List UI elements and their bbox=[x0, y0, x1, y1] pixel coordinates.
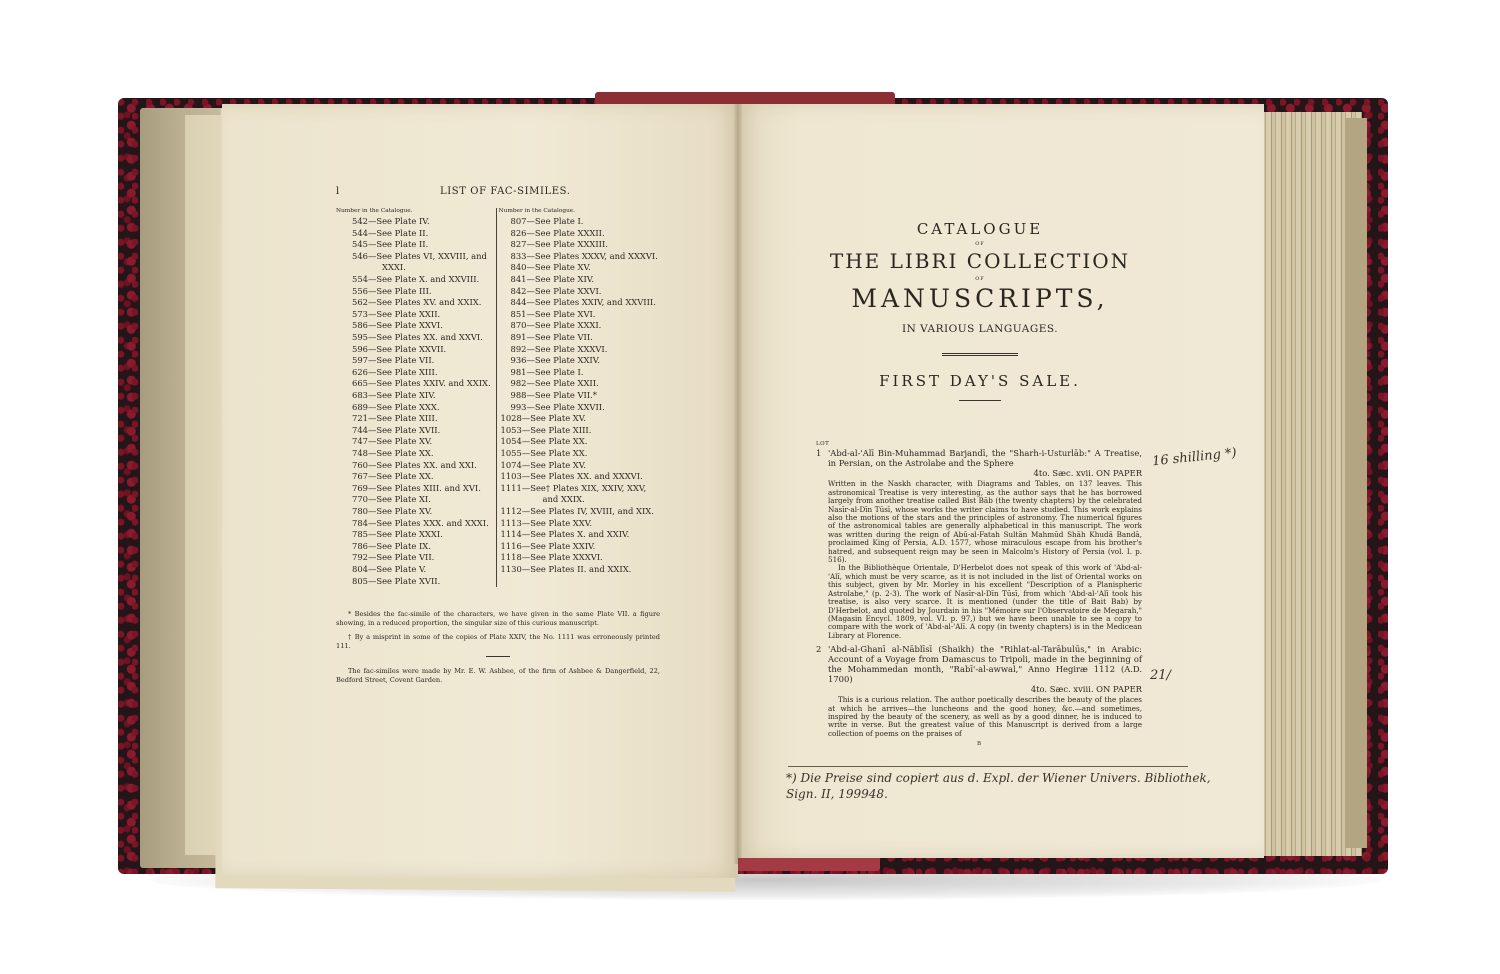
list-item: 807—See Plate I. bbox=[499, 216, 666, 228]
catalogue-title-block: CATALOGUE OF THE LIBRI COLLECTION OF MAN… bbox=[800, 220, 1160, 401]
list-item: 689—See Plate XXX. bbox=[336, 402, 496, 414]
short-rule bbox=[959, 400, 1001, 401]
list-item: 767—See Plate XX. bbox=[336, 471, 496, 483]
list-item: 556—See Plate III. bbox=[336, 286, 496, 298]
lot-description: This is a curious relation. The author p… bbox=[816, 696, 1142, 738]
lot-label: LOT bbox=[816, 440, 1142, 448]
list-item: 1111—See† Plates XIX, XXIV, XXV, bbox=[499, 483, 666, 495]
handwritten-footnote-rule bbox=[788, 766, 1188, 767]
list-item: 1028—See Plate XV. bbox=[499, 413, 666, 425]
lot-description: Written in the Naskh character, with Dia… bbox=[816, 480, 1142, 640]
list-item: 1055—See Plate XX. bbox=[499, 448, 666, 460]
list-item: 744—See Plate XVII. bbox=[336, 425, 496, 437]
list-item: 595—See Plates XX. and XXVI. bbox=[336, 332, 496, 344]
lot-format: 4to. Sæc. xvii. ON PAPER bbox=[816, 468, 1142, 478]
lot-format: 4to. Sæc. xviii. ON PAPER bbox=[816, 684, 1142, 694]
column-header: Number in the Catalogue. bbox=[336, 208, 496, 215]
list-item: 1054—See Plate XX. bbox=[499, 436, 666, 448]
list-item: and XXIX. bbox=[499, 494, 666, 506]
list-item: 870—See Plate XXXI. bbox=[499, 320, 666, 332]
list-item: 1130—See Plates II. and XXIX. bbox=[499, 564, 666, 576]
list-item: 665—See Plates XXIV. and XXIX. bbox=[336, 378, 496, 390]
footnote-dagger: † By a misprint in some of the copies of… bbox=[336, 633, 660, 650]
list-item: 545—See Plate II. bbox=[336, 239, 496, 251]
list-item: 851—See Plate XVI. bbox=[499, 309, 666, 321]
description-paragraph: This is a curious relation. The author p… bbox=[828, 696, 1142, 738]
list-item: 747—See Plate XV. bbox=[336, 436, 496, 448]
handwritten-price-lot-2: 21/ bbox=[1150, 668, 1171, 683]
title-catalogue: CATALOGUE bbox=[800, 220, 1160, 238]
list-item: 780—See Plate XV. bbox=[336, 506, 496, 518]
list-item: 993—See Plate XXVII. bbox=[499, 402, 666, 414]
list-item: 554—See Plate X. and XXVIII. bbox=[336, 274, 496, 286]
footnotes: * Besides the fac-simile of the characte… bbox=[336, 610, 660, 691]
list-item: 769—See Plates XIII. and XVI. bbox=[336, 483, 496, 495]
list-item: 805—See Plate XVII. bbox=[336, 576, 496, 588]
list-item: 892—See Plate XXXVI. bbox=[499, 344, 666, 356]
list-item: 748—See Plate XX. bbox=[336, 448, 496, 460]
list-item: 544—See Plate II. bbox=[336, 228, 496, 240]
list-item: 936—See Plate XXIV. bbox=[499, 355, 666, 367]
description-paragraph: Written in the Naskh character, with Dia… bbox=[828, 480, 1142, 564]
divider bbox=[486, 656, 510, 657]
right-endpaper bbox=[1345, 118, 1367, 848]
list-item: 586—See Plate XXVI. bbox=[336, 320, 496, 332]
list-item: 841—See Plate XIV. bbox=[499, 274, 666, 286]
signature-mark: B bbox=[816, 740, 1142, 748]
list-item: 786—See Plate IX. bbox=[336, 541, 496, 553]
footnote-asterisk: * Besides the fac-simile of the characte… bbox=[336, 610, 660, 627]
list-item: 785—See Plate XXXI. bbox=[336, 529, 496, 541]
list-item: 683—See Plate XIV. bbox=[336, 390, 496, 402]
list-item: XXXI. bbox=[336, 262, 496, 274]
lot-heading: 'Abd-al-Ghanī al-Nāblīsī (Shaikh) the "R… bbox=[828, 644, 1142, 684]
list-item: 1074—See Plate XV. bbox=[499, 460, 666, 472]
list-item: 981—See Plate I. bbox=[499, 367, 666, 379]
list-item: 844—See Plates XXIV, and XXVIII. bbox=[499, 297, 666, 309]
list-item: 833—See Plates XXXV, and XXXVI. bbox=[499, 251, 666, 263]
list-column-right: Number in the Catalogue. 807—See Plate I… bbox=[496, 208, 666, 588]
list-item: 1113—See Plate XXV. bbox=[499, 518, 666, 530]
list-item: 891—See Plate VII. bbox=[499, 332, 666, 344]
title-collection: THE LIBRI COLLECTION bbox=[800, 249, 1160, 273]
running-head-title: LIST OF FAC-SIMILES. bbox=[376, 186, 666, 198]
list-item: 1118—See Plate XXXVI. bbox=[499, 552, 666, 564]
lot-heading: 'Abd-al-'Alī Bin-Muhammad Barjandī, the … bbox=[828, 448, 1142, 468]
lot-number: 1 bbox=[816, 448, 828, 468]
running-head: l LIST OF FAC-SIMILES. bbox=[336, 186, 666, 198]
list-item: 1103—See Plates XX. and XXXVI. bbox=[499, 471, 666, 483]
list-item: 721—See Plate XIII. bbox=[336, 413, 496, 425]
lot-entry: 2 'Abd-al-Ghanī al-Nāblīsī (Shaikh) the … bbox=[816, 644, 1142, 684]
list-item: 840—See Plate XV. bbox=[499, 262, 666, 274]
lot-entry: 1 'Abd-al-'Alī Bin-Muhammad Barjandī, th… bbox=[816, 448, 1142, 468]
list-item: 542—See Plate IV. bbox=[336, 216, 496, 228]
title-languages: IN VARIOUS LANGUAGES. bbox=[800, 323, 1160, 335]
list-item: 596—See Plate XXVII. bbox=[336, 344, 496, 356]
sale-heading: FIRST DAY'S SALE. bbox=[800, 372, 1160, 390]
catalogue-entries: LOT 1 'Abd-al-'Alī Bin-Muhammad Barjandī… bbox=[816, 440, 1142, 749]
list-item: 597—See Plate VII. bbox=[336, 355, 496, 367]
list-item: 760—See Plates XX. and XXI. bbox=[336, 460, 496, 472]
list-item: 1053—See Plate XIII. bbox=[499, 425, 666, 437]
list-item: 562—See Plates XV. and XXIX. bbox=[336, 297, 496, 309]
list-item: 1114—See Plates X. and XXIV. bbox=[499, 529, 666, 541]
book-gutter bbox=[734, 104, 742, 864]
title-of: OF bbox=[800, 241, 1160, 247]
list-item: 982—See Plate XXII. bbox=[499, 378, 666, 390]
list-item: 804—See Plate V. bbox=[336, 564, 496, 576]
title-manuscripts: MANUSCRIPTS, bbox=[800, 284, 1160, 313]
list-item: 626—See Plate XIII. bbox=[336, 367, 496, 379]
description-paragraph: In the Bibliothèque Orientale, D'Herbelo… bbox=[828, 564, 1142, 640]
credit-note: The fac-similes were made by Mr. E. W. A… bbox=[336, 667, 660, 684]
list-item: 826—See Plate XXXII. bbox=[499, 228, 666, 240]
list-item: 770—See Plate XI. bbox=[336, 494, 496, 506]
list-item: 1112—See Plates IV, XVIII, and XIX. bbox=[499, 506, 666, 518]
column-header: Number in the Catalogue. bbox=[499, 208, 666, 215]
double-rule bbox=[942, 353, 1018, 356]
list-item: 792—See Plate VII. bbox=[336, 552, 496, 564]
list-item: 784—See Plates XXX. and XXXI. bbox=[336, 518, 496, 530]
page-number: l bbox=[336, 186, 376, 198]
list-item: 1116—See Plate XXIV. bbox=[499, 541, 666, 553]
list-item: 988—See Plate VII.* bbox=[499, 390, 666, 402]
list-item: 827—See Plate XXXIII. bbox=[499, 239, 666, 251]
list-item: 573—See Plate XXII. bbox=[336, 309, 496, 321]
title-of: OF bbox=[800, 276, 1160, 282]
list-column-left: Number in the Catalogue. 542—See Plate I… bbox=[336, 208, 496, 588]
handwritten-footnote: *) Die Preise sind copiert aus d. Expl. … bbox=[786, 770, 1216, 802]
facsimile-list: l LIST OF FAC-SIMILES. Number in the Cat… bbox=[336, 186, 666, 587]
list-item: 842—See Plate XXVI. bbox=[499, 286, 666, 298]
list-item: 546—See Plates VI, XXVIII, and bbox=[336, 251, 496, 263]
lot-number: 2 bbox=[816, 644, 828, 684]
